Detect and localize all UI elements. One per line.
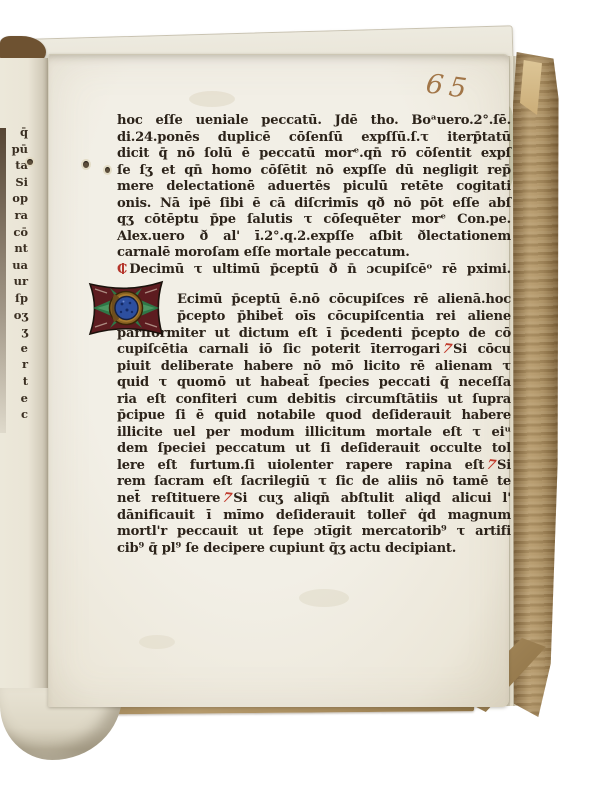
text-line: p̄cepto p̄hibet̄ oīs cōcupiſcentia rei a… xyxy=(117,309,511,326)
text-line: dānificauit ī mīmo deſiderauit toller̄ q… xyxy=(117,508,511,525)
text-line: hoc eſſe ueniale peccatū. Jdē tho. Boᵃue… xyxy=(117,113,511,130)
paragraph-2: Ecimū p̄ceptū ē.nō cōcupiſces rē alienā.… xyxy=(117,292,511,557)
text-line: quid τ quomō ut habeat̄ ſpecies peccati … xyxy=(117,375,511,392)
binding-spine xyxy=(513,52,559,717)
text-line: cupiſcētia carnali iō ſic poterit īterro… xyxy=(117,342,511,359)
text-line-heading: CDecimū τ ultimū p̄ceptū ð n̄ ɔcupiſcēᵒ … xyxy=(117,262,511,279)
wormhole xyxy=(27,159,33,165)
text-line: qʒ cōtēptu p̄pe ſalutis τ cōſequēter mor… xyxy=(117,212,511,229)
line-segment: Si cōcu xyxy=(453,342,511,357)
rubric-pilcrow-bar xyxy=(122,263,124,274)
text-line: Alex.uero ð al' ī.2°.q.2.expſſe aſbit ðl… xyxy=(117,229,511,246)
stain xyxy=(139,635,175,649)
stain xyxy=(189,91,235,107)
wormhole xyxy=(83,161,89,168)
text-line: mere delectationē aduertēs piculū retēte… xyxy=(117,179,511,196)
line-segment: Si xyxy=(497,458,511,473)
text-line: di.24.ponēs duplicē cōſenſū expſſū.ſ.τ i… xyxy=(117,130,511,147)
spine-texture xyxy=(513,52,559,717)
text-line: dicit q̄ nō ſolū ē peccatū morᵉ.qn̄ rō c… xyxy=(117,146,511,163)
text-line: Ecimū p̄ceptū ē.nō cōcupiſces rē alienā.… xyxy=(117,292,511,309)
gutter-shadow xyxy=(0,128,6,433)
heading-text: Decimū τ ultimū p̄ceptū ð n̄ ɔcupiſcēᵒ r… xyxy=(129,262,511,277)
illuminated-initial-d xyxy=(87,279,165,337)
photo-backdrop: q̄ pū ta Si op ra cō nt ua ur ſp oʒ ʒ e … xyxy=(0,0,614,800)
book-page: 65 hoc eſſe ueniale peccatū. Jdē tho. Bo… xyxy=(48,54,509,707)
text-line: piuit deliberate habere nō mō licito rē … xyxy=(117,359,511,376)
text-line: mortl'r peccauit ut ſepe ɔtīgit mercator… xyxy=(117,524,511,541)
text-line: carnalē moroſam eſſe mortale peccatum. xyxy=(117,245,511,262)
line-segment: cupiſcētia carnali iō ſic poterit īterro… xyxy=(117,342,440,357)
line-segment: lere eſt furtum.ſi uiolenter rapere rapi… xyxy=(117,458,484,473)
text-block: hoc eſſe ueniale peccatū. Jdē tho. Boᵃue… xyxy=(117,113,511,557)
text-line: illicite uel per modum illicitum mortale… xyxy=(117,425,511,442)
text-line: ria eſt confiteri cum debitis circumſtāt… xyxy=(117,392,511,409)
text-line: net̄ reſtituere7Si cuʒ aliqn̄ abſtulit a… xyxy=(117,491,511,508)
text-line: lere eſt furtum.ſi uiolenter rapere rapi… xyxy=(117,458,511,475)
text-line: cib⁹ q̄ pl⁹ ſe decipere cupiunt q̄ʒ actu… xyxy=(117,541,511,558)
wormhole xyxy=(105,167,110,173)
stain xyxy=(299,589,349,607)
text-line: rem ſacram eſt ſacrilegiū τ ſic de aliis… xyxy=(117,474,511,491)
text-line: p̄cipue ſi ē quid notabile quod deſidera… xyxy=(117,408,511,425)
rubric-paraph-mark: 7 xyxy=(483,458,499,475)
line-segment: Si cuʒ aliqn̄ abſtulit aliqd alicui l' xyxy=(233,491,511,506)
line-segment: net̄ reſtituere xyxy=(117,491,220,506)
text-line: onis. Nā ipē ſibi ē cā diſcrimīs qð nō p… xyxy=(117,196,511,213)
text-line: pariformiter ut dictum eſt ī p̄cedenti p… xyxy=(117,326,511,343)
text-line: dem ſpeciei peccatum ut ſi deſiderauit o… xyxy=(117,441,511,458)
paragraph-1: hoc eſſe ueniale peccatū. Jdē tho. Boᵃue… xyxy=(117,113,511,278)
text-line: ſe ſʒ et qn̄ homo cōſētit nō expſſe dū n… xyxy=(117,163,511,180)
